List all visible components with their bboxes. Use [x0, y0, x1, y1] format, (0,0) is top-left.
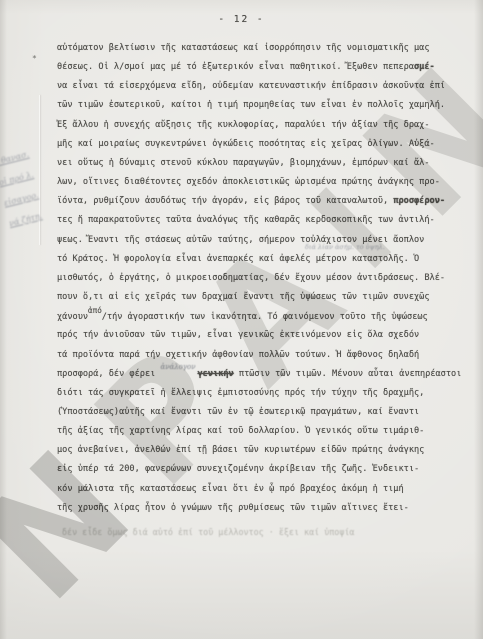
struck-out-word: γενικήν: [198, 369, 234, 379]
typed-line: ϊόντα, ρυθμίζουν ἀσυδότως τήν ἀγοράν, εἰ…: [57, 192, 451, 211]
text-segment: τῆς ἀξίας τῆς χαρτίνης λίρας καί τοῦ δολ…: [57, 426, 424, 436]
typed-line: Ἐξ ἄλλου ἡ συνεχής αὔξησις τῆς κυκλοφορί…: [57, 116, 451, 135]
text-segment: μισθωτός, ὁ ἐργάτης, ὁ μικροεισοδηματίας…: [57, 273, 445, 283]
typed-line: τῆς ἀξίας τῆς χαρτίνης λίρας καί τοῦ δολ…: [57, 422, 451, 441]
typed-line: λων, οἵτινες διαθέτοντες σχεδόν ἀποκλεισ…: [57, 173, 451, 192]
text-segment: θέσεως. Οἱ λ/σμοί μας μέ τό ἐξωτερικόν ε…: [57, 62, 414, 72]
text-segment: λων, οἵτινες διαθέτοντες σχεδόν ἀποκλεισ…: [57, 177, 440, 187]
text-segment: πτῶσιν τῶν τιμῶν. Μένουν αὗται ἀνεπηρέασ…: [234, 369, 462, 379]
text-segment: αὐτόματον βελτίωσιν τῆς καταστάσεως καί …: [57, 43, 430, 53]
typed-line: τες ἤ παρακρατοῦντες ταῦτα ἀναλόγως τῆς …: [57, 211, 451, 230]
typed-line: μισθωτός, ὁ ἐργάτης, ὁ μικροεισοδηματίας…: [57, 269, 451, 288]
typed-line: θέσεως. Οἱ λ/σμοί μας μέ τό ἐξωτερικόν ε…: [57, 58, 451, 77]
text-segment: σμέ-: [414, 62, 435, 72]
handwritten-correction: ἀνάλογον: [160, 363, 195, 371]
text-segment: χάνουν: [57, 312, 88, 322]
typed-line: νει οὕτως ἡ δύναμις στενοῦ κύκλου παραγω…: [57, 154, 451, 173]
text-segment: Ἐξ ἄλλου ἡ συνεχής αὔξησις τῆς κυκλοφορί…: [57, 120, 430, 130]
text-segment: τῆς χρυσῆς λίρας ἦτον ὁ γνώμων τῆς ρυθμί…: [57, 503, 409, 513]
typed-line: πρός τήν ἀνιοῦσαν τῶν τιμῶν, εἶναι γενικ…: [57, 326, 451, 345]
typed-line: πουν ὅ,τι αἱ εἰς χεῖράς των δραχμαί ἔναν…: [57, 288, 451, 307]
text-segment: κόν μάλιστα τῆς καταστάσεως εἶναι ὅτι ἐν…: [57, 484, 404, 494]
text-segment: ϊόντα, ρυθμίζουν ἀσυδότως τήν ἀγοράν, εἰ…: [57, 196, 393, 206]
text-segment: νει οὕτως ἡ δύναμις στενοῦ κύκλου παραγω…: [57, 158, 430, 168]
interlinear-pencil-note: διά λίαν ἀσήμ. τό ὑψηλ.: [305, 243, 455, 251]
typed-line: εἰς ὑπέρ τά 200, φανερώνων συνεχιζομένην…: [57, 460, 451, 479]
typed-interlinear-insertion: ἀπό: [88, 306, 102, 315]
typed-line: αὐτόματον βελτίωσιν τῆς καταστάσεως καί …: [57, 39, 451, 58]
ghost-carbon-line: δέν εἶδε ὅμως διά αὐτό ἐπί τοῦ μέλλοντος…: [62, 527, 442, 537]
typed-line: τό Κράτος. Ἡ φορολογία εἶναι ἀνεπαρκές κ…: [57, 250, 451, 269]
text-segment: προσφέρον-: [393, 196, 445, 206]
typed-line: διότι τάς συγκρατεῖ ἡ ἔλλειψις ἐμπιστοσύ…: [57, 384, 451, 403]
typed-line: τῆς χρυσῆς λίρας ἦτον ὁ γνώμων τῆς ρυθμί…: [57, 499, 451, 518]
text-segment: (Ὑποστάσεως)αὐτῆς καί ἔναντι τῶν ἐν τῷ ἐ…: [57, 407, 419, 417]
text-segment: τό Κράτος. Ἡ φορολογία εἶναι ἀνεπαρκές κ…: [57, 254, 419, 264]
typed-line: προσφορά, δέν φέρει ἀνάλογονγενικήν πτῶσ…: [57, 365, 451, 384]
margin-asterisk-mark: *: [32, 54, 37, 63]
text-segment: διότι τάς συγκρατεῖ ἡ ἔλλειψις ἐμπιστοσύ…: [57, 388, 424, 398]
typed-line: τά προϊόντα παρά τήν σχετικήν ἀφθονίαν π…: [57, 346, 451, 365]
typed-line: (Ὑποστάσεως)αὐτῆς καί ἔναντι τῶν ἐν τῷ ἐ…: [57, 403, 451, 422]
typed-line: μῆς καί μοιραίως συγκεντρώνει ὀγκώδεις π…: [57, 135, 451, 154]
text-segment: /τήν ἀγοραστικήν των ἱκανότητα. Τό φαινό…: [102, 312, 428, 322]
text-segment: μος ἀνεβαίνει, ἀνελθών ἐπί τῇ βάσει τῶν …: [57, 445, 424, 455]
typed-line: κόν μάλιστα τῆς καταστάσεως εἶναι ὅτι ἐν…: [57, 480, 451, 499]
text-segment: να εἶναι τά εἰσερχόμενα εἴδη, οὐδεμίαν κ…: [57, 81, 445, 91]
text-segment: τά προϊόντα παρά τήν σχετικήν ἀφθονίαν π…: [57, 350, 419, 360]
page-number: - 12 -: [0, 14, 483, 25]
text-segment: μῆς καί μοιραίως συγκεντρώνει ὀγκώδεις π…: [57, 139, 435, 149]
typed-line: χάνουνἀπό/τήν ἀγοραστικήν των ἱκανότητα.…: [57, 307, 451, 326]
text-segment: προσφορά, δέν φέρει: [57, 369, 160, 379]
text-segment: πρός τήν ἀνιοῦσαν τῶν τιμῶν, εἶναι γενικ…: [57, 330, 419, 340]
text-segment: πουν ὅ,τι αἱ εἰς χεῖράς των δραχμαί ἔναν…: [57, 292, 430, 302]
typed-line: να εἶναι τά εἰσερχόμενα εἴδη, οὐδεμίαν κ…: [57, 77, 451, 96]
typed-body-text: αὐτόματον βελτίωσιν τῆς καταστάσεως καί …: [57, 39, 451, 518]
text-segment: τες ἤ παρακρατοῦντες ταῦτα ἀναλόγως τῆς …: [57, 215, 435, 225]
text-segment: εἰς ὑπέρ τά 200, φανερώνων συνεχιζομένην…: [57, 464, 419, 474]
typed-line: τῶν τιμῶν ἐσωτερικοῦ, καίτοι ἡ τιμή προμ…: [57, 96, 451, 115]
text-segment: τῶν τιμῶν ἐσωτερικοῦ, καίτοι ἡ τιμή προμ…: [57, 100, 445, 110]
typed-line: μος ἀνεβαίνει, ἀνελθών ἐπί τῇ βάσει τῶν …: [57, 441, 451, 460]
